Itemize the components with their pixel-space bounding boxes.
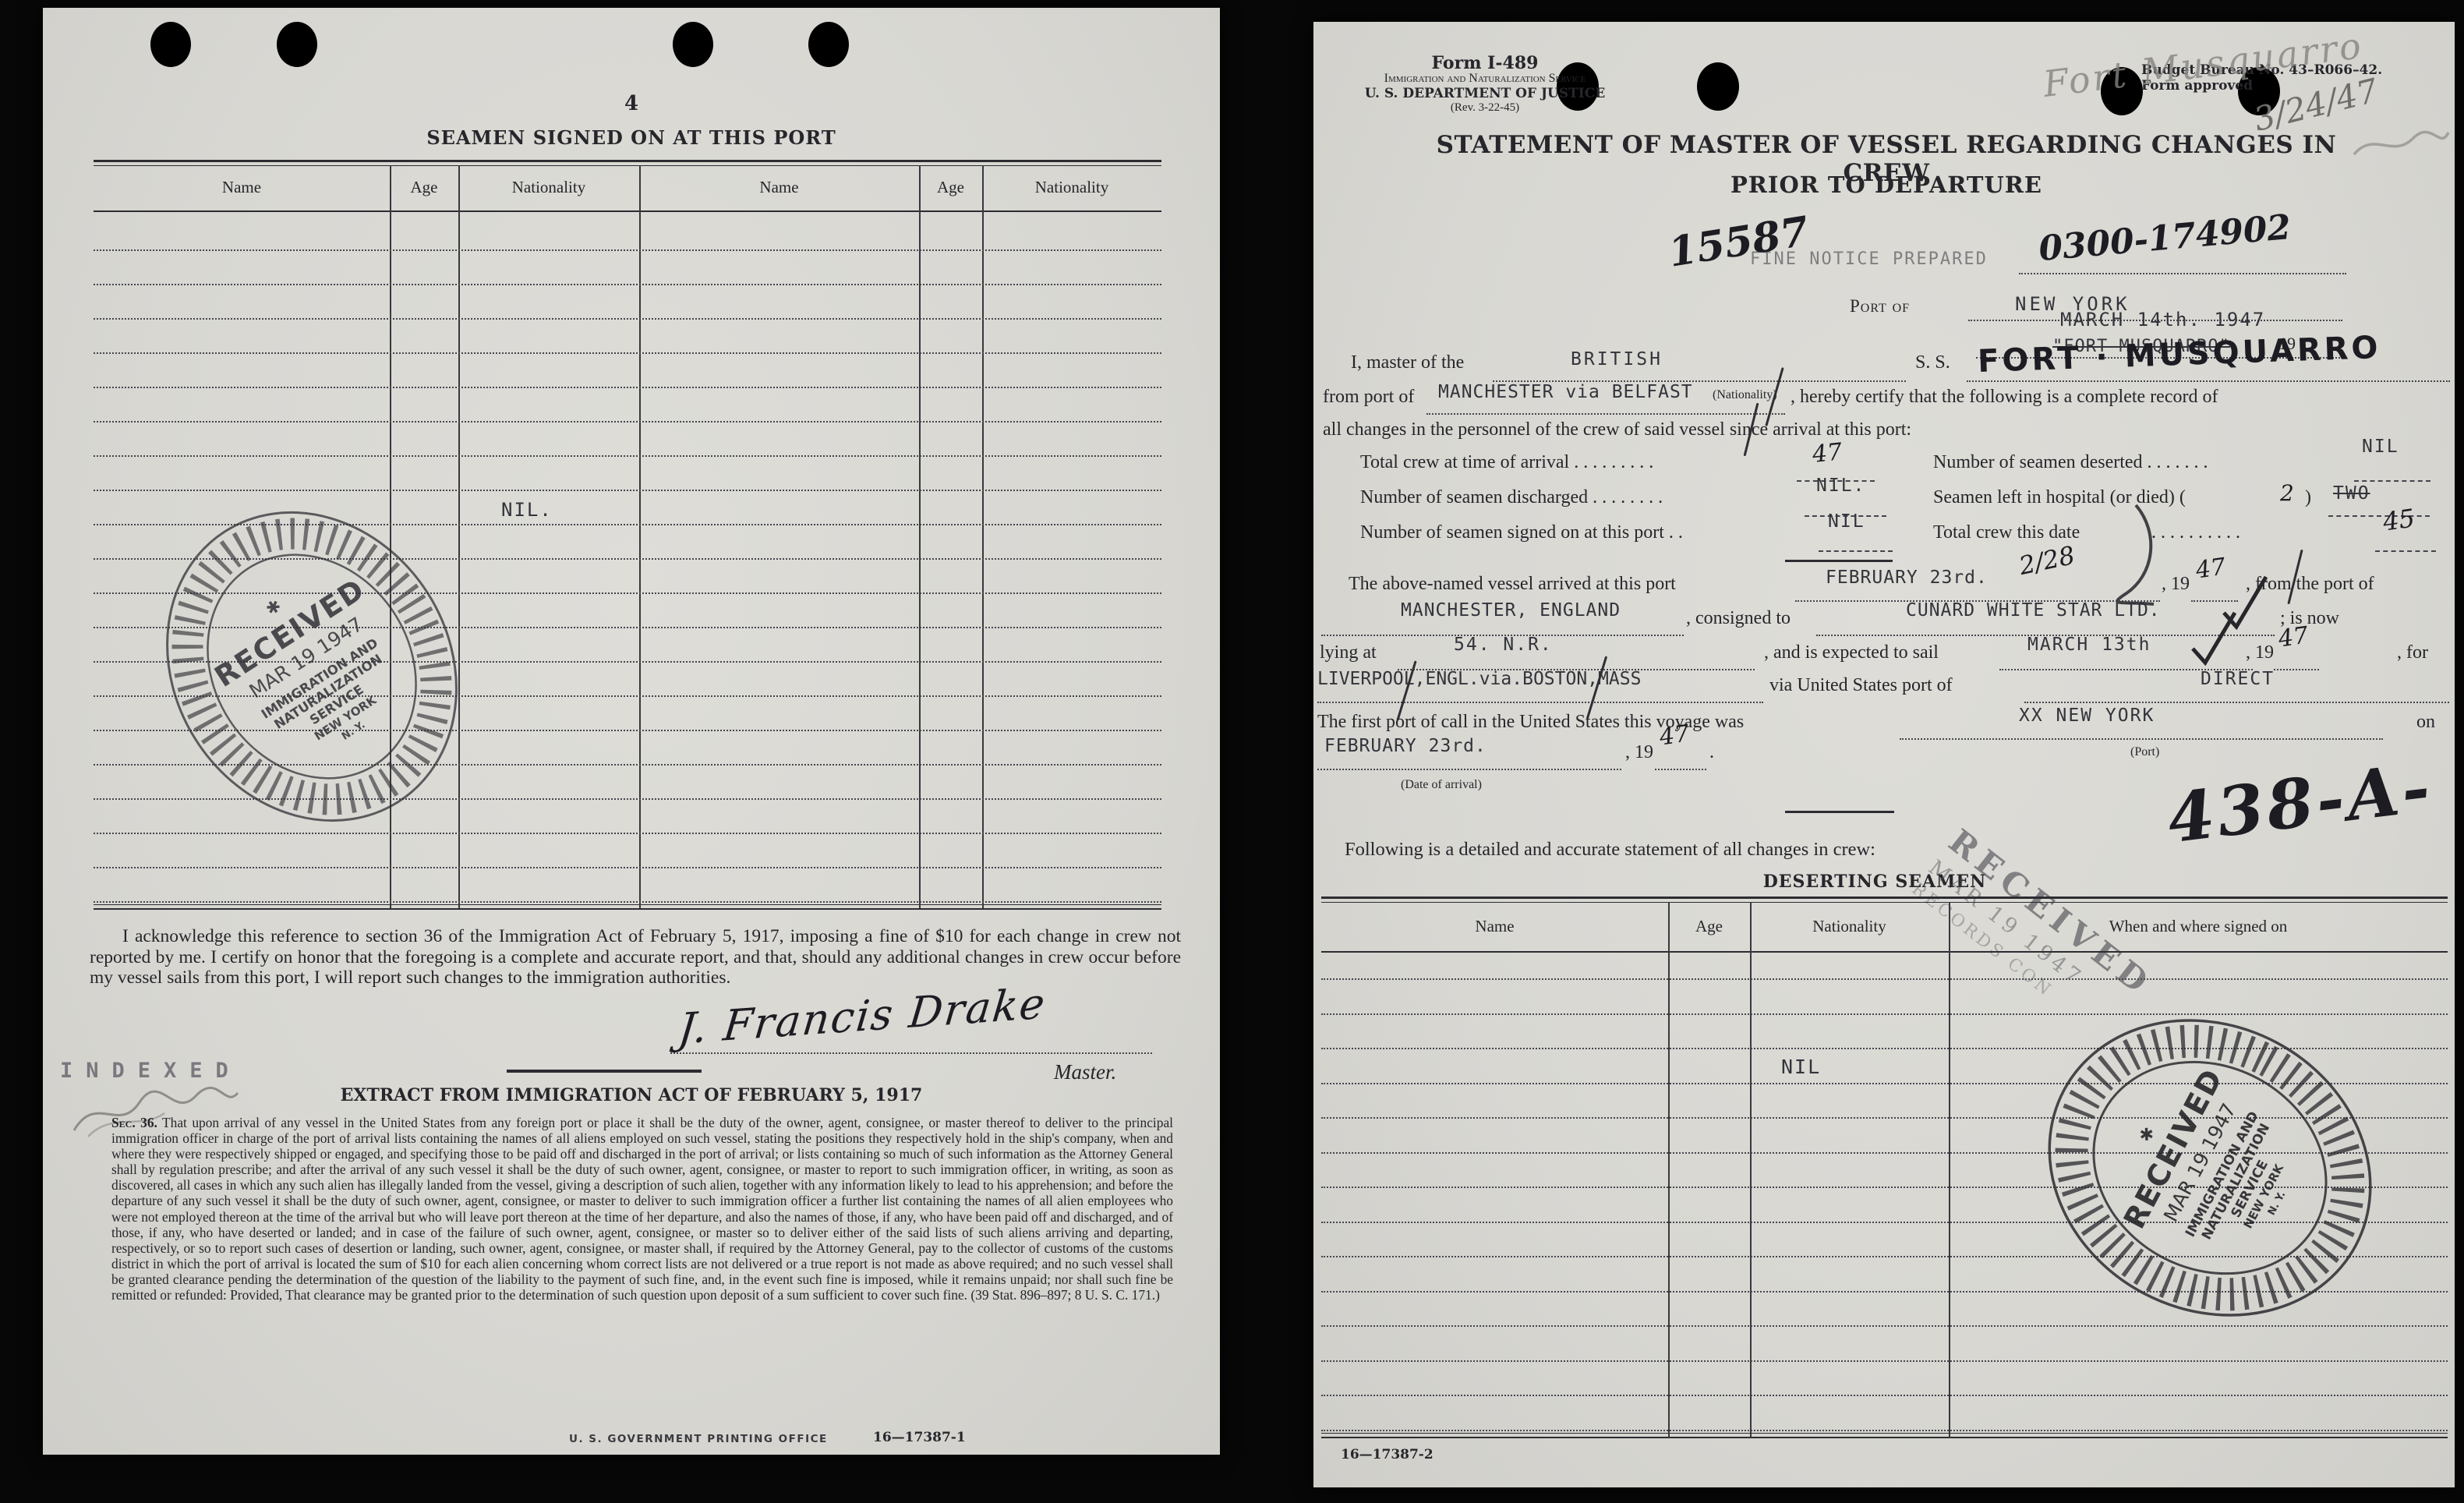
nil-entry: NIL. (501, 499, 642, 521)
crew-this-date-label: Total crew this date (1933, 522, 2080, 543)
column-divider (982, 165, 984, 908)
fine-notice-label: FINE NOTICE PREPARED (1750, 249, 1988, 269)
sail-year-19: , 19 (2246, 642, 2274, 663)
section-rule (1785, 560, 1893, 562)
period: . (1709, 742, 1714, 763)
column-header: When and where signed on (1949, 917, 2448, 936)
column-header: Age (390, 178, 458, 197)
crew-this-date-value: 45 (2381, 503, 2417, 536)
extract-body: That upon arrival of any vessel in the U… (111, 1115, 1173, 1303)
column-divider (1750, 902, 1752, 1438)
entry-line (2375, 550, 2436, 552)
port-caption: (Port) (2130, 745, 2159, 759)
sail-date-value: MARCH 13th (2027, 635, 2151, 655)
year-19-2: , 19 (1625, 742, 1653, 763)
discharged-label: Number of seamen discharged . . . . . . … (1360, 487, 1663, 508)
column-divider (639, 165, 641, 908)
table-border (94, 904, 1161, 905)
right-page: Form I-489 Immigration and Naturalizatio… (1313, 22, 2455, 1487)
left-page: 4 SEAMEN SIGNED ON AT THIS PORT Name Age… (43, 8, 1220, 1455)
consignee-value: CUNARD WHITE STAR LTD. (1906, 600, 2161, 621)
column-divider (1949, 902, 1950, 1438)
certify-text: , hereby certify that the following is a… (1791, 387, 2218, 408)
year-line (1655, 769, 1706, 770)
table-row (1321, 978, 2448, 980)
revision-line: (Rev. 3-22-45) (1329, 101, 1641, 115)
total-crew-value: 47 (1811, 438, 1844, 469)
table-row (1321, 1430, 2448, 1431)
column-header: Name (639, 178, 919, 197)
us-port-line (2024, 702, 2449, 703)
vessel-line (1967, 380, 2450, 382)
handwritten-vessel-name: FORT · MUSQUARRO (1977, 330, 2381, 380)
indexed-stamp: INDEXED (60, 1059, 242, 1083)
deserted-label: Number of seamen deserted . . . . . . . (1933, 452, 2208, 473)
handwritten-arrival-correction: 2/28 (2017, 540, 2077, 581)
table-border (94, 160, 1161, 162)
arrived-label: The above-named vessel arrived at this p… (1349, 574, 1676, 595)
on-label: on (2416, 712, 2435, 733)
received-stamp: ✱ RECEIVED MAR 19 1947 IMMIGRATION AND N… (2031, 981, 2389, 1355)
following-statement: Following is a detailed and accurate sta… (1345, 839, 1875, 861)
column-divider (1668, 902, 1670, 1438)
table-border (1321, 1437, 2448, 1438)
scanned-document-background: 4 SEAMEN SIGNED ON AT THIS PORT Name Age… (0, 0, 2464, 1503)
master-line-label: I, master of the (1351, 352, 1464, 373)
table-row (94, 318, 1161, 320)
stamp-star-icon: ✱ (263, 596, 285, 620)
first-port-value: XX NEW YORK (2019, 706, 2155, 726)
port-of-label: Port of (1850, 296, 1910, 317)
column-header: Nationality (458, 178, 639, 197)
handwritten-fine-number: 0300-174902 (2037, 207, 2293, 269)
signature-line (670, 1052, 1152, 1054)
table-row (94, 387, 1161, 388)
first-port-line (1900, 738, 2383, 740)
year-line (2274, 669, 2319, 670)
table-border (1321, 951, 2448, 953)
table-row (94, 421, 1161, 423)
form-title-line2: PRIOR TO DEPARTURE (1407, 172, 2366, 198)
berth-value: 54. N.R. (1454, 635, 1553, 655)
consigned-to-label: , consigned to (1686, 608, 1791, 629)
handwritten-year2: 47 (1658, 720, 1692, 751)
signature-rule (507, 1070, 702, 1073)
destination-line (1317, 702, 1763, 703)
signed-on-value: NIL (1828, 511, 1865, 532)
column-divider (919, 165, 921, 908)
table-border (1321, 1433, 2448, 1434)
form-print-number: 16—17387-1 (873, 1430, 966, 1445)
arrival-date-line2 (1317, 769, 1621, 770)
table-row (1321, 1360, 2448, 1362)
department-line: U. S. DEPARTMENT OF JUSTICE (1329, 86, 1641, 101)
via-us-port-label: via United States port of (1769, 675, 1953, 696)
origin-port-value: MANCHESTER, ENGLAND (1401, 600, 1621, 621)
extract-paragraph: Sec. 36. That upon arrival of any vessel… (111, 1115, 1173, 1303)
us-port-value: DIRECT (2201, 669, 2275, 689)
from-port-label: from port of (1323, 387, 1414, 408)
table-border (94, 165, 1161, 166)
table-row (94, 455, 1161, 457)
entry-line (1819, 550, 1893, 552)
column-header: Name (94, 178, 390, 197)
arrival-date-value: FEBRUARY 23rd. (1826, 568, 1988, 588)
all-changes-text: all changes in the personnel of the crew… (1323, 419, 1911, 440)
table-row (94, 867, 1161, 868)
acknowledgment-paragraph: I acknowledge this reference to section … (90, 926, 1181, 988)
table-row (94, 249, 1161, 251)
punch-hole (150, 22, 191, 67)
handwritten-sail-year: 47 (2277, 622, 2310, 653)
discharged-value: NIL. (1816, 476, 1865, 496)
punch-hole (1697, 62, 1739, 111)
extract-title: EXTRACT FROM IMMIGRATION ACT OF FEBRUARY… (277, 1085, 986, 1105)
hospital-struck-value: TWO (2333, 483, 2370, 504)
nationality-value: BRITISH (1571, 349, 1663, 370)
from-port-value: MANCHESTER via BELFAST (1438, 382, 1693, 402)
column-header: Nationality (1750, 917, 1949, 936)
table-row (94, 901, 1161, 903)
nil-entry: NIL (1781, 1056, 1821, 1078)
hospital-paren: ) (2305, 487, 2311, 508)
deserted-value: NIL (2362, 437, 2399, 457)
ss-label: S. S. (1915, 352, 1950, 373)
stamp-star-icon: ✱ (2136, 1124, 2160, 1146)
section-label: Sec. 36. (111, 1115, 157, 1130)
handwritten-case-number: 438-A- (2163, 748, 2437, 859)
from-port-line (1426, 413, 1785, 415)
master-signature: J. Francis Drake (676, 978, 1048, 1054)
total-crew-label: Total crew at time of arrival . . . . . … (1360, 452, 1653, 473)
table-border (94, 210, 1161, 212)
pen-checkmark (2186, 608, 2241, 674)
punch-hole (808, 22, 849, 67)
printing-office-footer: U. S. GOVERNMENT PRINTING OFFICE (569, 1433, 828, 1445)
expected-to-sail-label: , and is expected to sail (1764, 642, 1939, 663)
typed-date: MARCH 14th. 1947 (2060, 309, 2265, 331)
column-header: Age (1668, 917, 1750, 936)
page-title: SEAMEN SIGNED ON AT THIS PORT (277, 126, 986, 149)
form-print-number: 16—17387-2 (1341, 1447, 1434, 1462)
column-header: Age (919, 178, 982, 197)
page-number: 4 (511, 92, 752, 115)
year-19: , 19 (2162, 574, 2190, 595)
master-label: Master. (1054, 1060, 1116, 1084)
agency-line: Immigration and Naturalization Service (1329, 72, 1641, 86)
nationality-caption: (Nationality) (1713, 388, 1777, 402)
section-rule (1785, 811, 1894, 813)
table-border (94, 908, 1161, 910)
table-row (94, 284, 1161, 285)
table-border (1321, 896, 2448, 899)
fine-notice-line (2019, 273, 2346, 274)
lying-at-label: lying at (1320, 642, 1377, 663)
received-stamp: ✱ RECEIVED MAR 19 1947 IMMIGRATION AND N… (136, 483, 487, 850)
entry-line (2354, 480, 2430, 482)
table-border (1321, 902, 2448, 903)
table-row (1321, 1395, 2448, 1396)
punch-hole (673, 22, 713, 67)
for-label: , for (2397, 642, 2428, 663)
punch-hole (277, 22, 317, 67)
arrival-date-value2: FEBRUARY 23rd. (1324, 736, 1487, 756)
hospital-value: 2 (2280, 480, 2294, 506)
column-header: Name (1321, 917, 1668, 936)
form-number: Form I-489 (1360, 53, 1610, 73)
signed-on-label: Number of seamen signed on at this port … (1360, 522, 1683, 543)
date-of-arrival-caption: (Date of arrival) (1401, 778, 1482, 792)
column-header: Nationality (982, 178, 1161, 197)
destination-value: LIVERPOOL,ENGL.via.BOSTON,MASS (1317, 669, 1641, 689)
table-row (94, 352, 1161, 354)
